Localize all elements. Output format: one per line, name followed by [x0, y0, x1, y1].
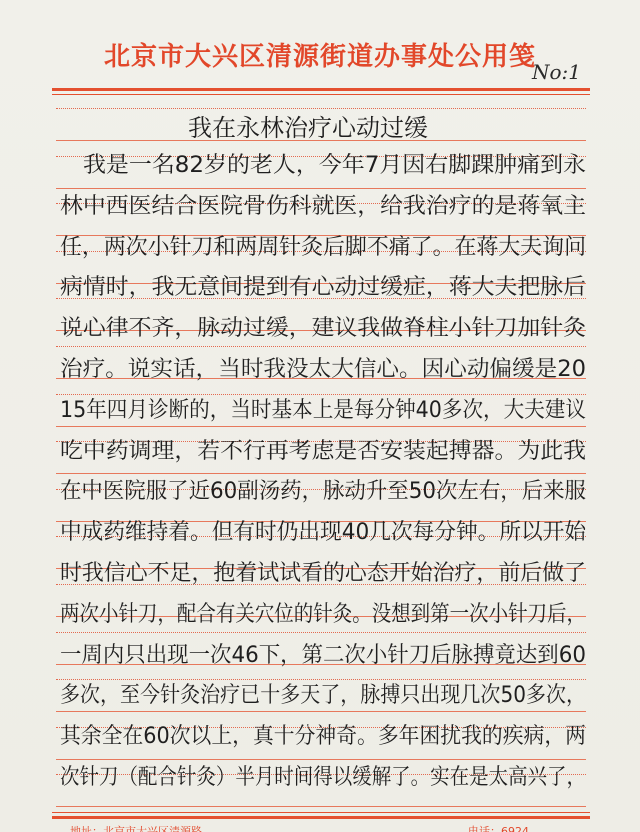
- letter-line: 两次小针刀，配合有关穴位的针灸。没想到第一次小针刀后，: [60, 600, 586, 630]
- footer-phone: 电话：6924…: [468, 823, 540, 832]
- letter-line: 时我信心不足，抱着试试看的心态开始治疗，前后做了: [60, 559, 586, 589]
- letter-line: 其余全在60次以上，真十分神奇。多年困扰我的疾病，两: [60, 722, 586, 752]
- solid-rule: [56, 188, 586, 189]
- letter-line: 治疗。说实话，当时我没太大信心。因心动偏缓是20: [60, 355, 586, 385]
- letter-line: 病情时，我无意间提到有心动过缓症，蒋大夫把脉后: [60, 273, 586, 303]
- footer-address: 地址：北京市大兴区清源路…: [70, 823, 213, 832]
- letter-line: 说心律不齐，脉动过缓，建议我做脊柱小针刀加针灸: [60, 314, 586, 344]
- letter-line: 在中医院服了近60副汤药，脉动升至50次左右，后来服: [60, 477, 586, 507]
- dotted-rule: [56, 679, 586, 680]
- dotted-rule: [56, 108, 586, 109]
- page-number: No:1: [532, 60, 581, 84]
- letter-line: 林中西医结合医院骨伤科就医，给我治疗的是蒋氧主: [60, 192, 586, 222]
- dotted-rule: [56, 346, 586, 347]
- letter-line: 次针刀（配合针灸）半月时间得以缓解了。实在是太高兴了，: [60, 763, 586, 793]
- letter-line: 我是一名82岁的老人，今年7月因右脚踝肿痛到永: [60, 151, 586, 181]
- dotted-rule: [56, 394, 586, 395]
- letter-title: 我在永林治疗心动过缓: [188, 113, 428, 143]
- bottom-rule-thick: [52, 816, 590, 819]
- letter-paper: 北京市大兴区清源街道办事处公用笺 No:1 我在永林治疗心动过缓 我是一名82岁…: [0, 0, 640, 832]
- letter-line: 15年四月诊断的，当时基本上是每分钟40多次，大夫建议: [60, 396, 586, 426]
- solid-rule: [56, 473, 586, 474]
- bottom-rule-thin: [52, 812, 590, 813]
- solid-rule: [56, 759, 586, 760]
- letter-line: 多次，至今针灸治疗已十多天了，脉搏只出现几次50多次，: [60, 681, 586, 711]
- letter-line: 吃中药调理，若不行再考虑是否安装起搏器。为此我: [60, 437, 586, 467]
- letter-line: 任，两次小针刀和两周针灸后脚不痛了。在蒋大夫询问: [60, 233, 586, 263]
- top-rule-thin: [52, 94, 590, 95]
- letter-line: 中成药维持着。但有时仍出现40几次每分钟。所以开始: [60, 518, 586, 548]
- solid-rule: [56, 806, 586, 807]
- top-rule-thick: [52, 88, 590, 91]
- dotted-rule: [56, 632, 586, 633]
- letter-line: 一周内只出现一次46下，第二次小针刀后脉搏竟达到60: [60, 641, 586, 671]
